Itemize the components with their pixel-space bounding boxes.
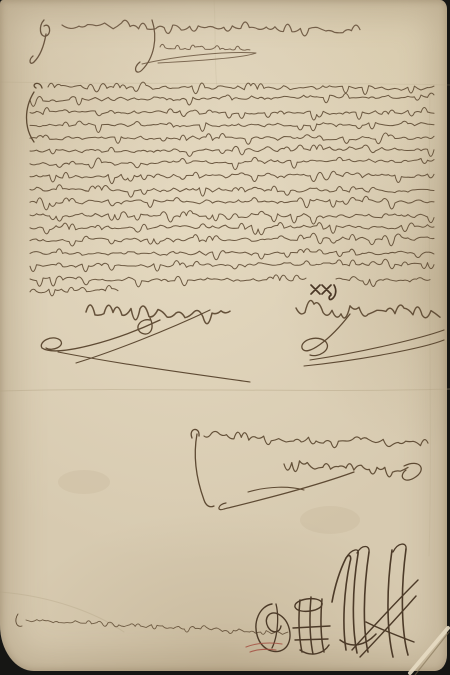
signature-loop-flourish (302, 314, 350, 356)
vertical-rubric-signatures: rubricas verticales entrelazadas (332, 544, 418, 657)
body-handwriting-line (30, 107, 434, 120)
queen-signature: Yo la Reyna (firma con rubrica) (296, 300, 444, 366)
body-handwriting-line (30, 233, 434, 246)
subnote-handwriting-line (160, 44, 250, 50)
stain (300, 506, 360, 534)
secretary-signature: Alonso(?) - rubrica del secretario (219, 461, 421, 510)
queen-signature-script (296, 300, 440, 318)
body-handwriting-line (30, 93, 434, 106)
signature-flourish-tail (219, 472, 354, 510)
horizontal-fold-crease (0, 82, 450, 85)
body-handwriting-line (30, 171, 434, 183)
docket-header-handwriting: Para que se aga una Junta general delas … (30, 20, 360, 72)
vertical-crease (214, 0, 217, 88)
body-handwriting-line (30, 223, 434, 235)
body-handwriting-line (30, 275, 306, 287)
body-handwriting-line (30, 285, 118, 295)
top-edge-shadow (336, 0, 450, 3)
docket-subnote-handwriting: al[cal]de dela E[rmandad?] (142, 44, 256, 64)
attestation-initial-descender (191, 429, 214, 506)
body-text-handwriting: Parrafo de 17 lineas en letra cortesana … (27, 82, 435, 296)
body-handwriting-line (336, 277, 430, 287)
note-lead-mark (16, 614, 22, 626)
notarial-monogram: monograma / rubrica notarial (293, 597, 330, 654)
body-handwriting-line (30, 211, 434, 225)
rubric-inner-stroke (272, 604, 278, 648)
signature-loop-flourish (41, 320, 160, 351)
signature-tail-stroke (304, 340, 444, 366)
tall-loop-stroke (332, 555, 351, 650)
signature-cross-stroke (76, 310, 210, 363)
subnote-underline-flourish (142, 53, 256, 64)
signature-end-loop (402, 463, 421, 480)
crease-lines (0, 0, 450, 632)
tall-loop-stroke (388, 549, 408, 657)
initial-letter-flourish (30, 20, 50, 63)
manuscript-scan: Para que se aga una Junta general delas … (0, 0, 450, 675)
king-signature: Yo el Rey (firma con rubrica) (41, 305, 250, 382)
date-roman-numeral: xxj (311, 285, 336, 300)
fold-shadow-line (415, 632, 449, 675)
horizontal-fold-crease (0, 389, 450, 391)
body-handwriting-line (30, 185, 434, 197)
body-handwriting-line (30, 145, 434, 157)
signature-tail-stroke (58, 352, 250, 382)
circular-rubric: rubrica circular (256, 604, 290, 652)
archive-note-handwriting-line (26, 620, 288, 635)
body-handwriting-line (30, 121, 434, 132)
top-right-corner-gap (442, 0, 450, 8)
signature-descender-loop (138, 318, 152, 334)
attestation-handwriting-line (204, 431, 428, 447)
body-handwriting-line (30, 157, 434, 169)
roman-numeral-strokes (311, 285, 336, 300)
body-handwriting-line (30, 196, 434, 210)
body-handwriting-line (30, 133, 434, 144)
archive-note-handwriting: Anotacion de archivo en cursiva, parcial… (16, 614, 288, 634)
ink-layer: Para que se aga una Junta general delas … (0, 0, 450, 675)
tall-loop-stroke (353, 552, 369, 653)
attestation-handwriting: Por mandado del Rey e dela Reyna (191, 429, 428, 506)
docket-handwriting-line (62, 20, 360, 36)
monogram-vertical-strokes (299, 597, 324, 654)
loop-top-stroke (393, 544, 406, 552)
fold-highlight (410, 628, 448, 673)
body-handwriting-line (30, 259, 434, 271)
stain (58, 470, 110, 494)
body-handwriting-line (30, 249, 434, 260)
signature-underline (248, 487, 304, 492)
fold-corner (336, 0, 450, 675)
cross-flourish-strokes (352, 580, 418, 657)
